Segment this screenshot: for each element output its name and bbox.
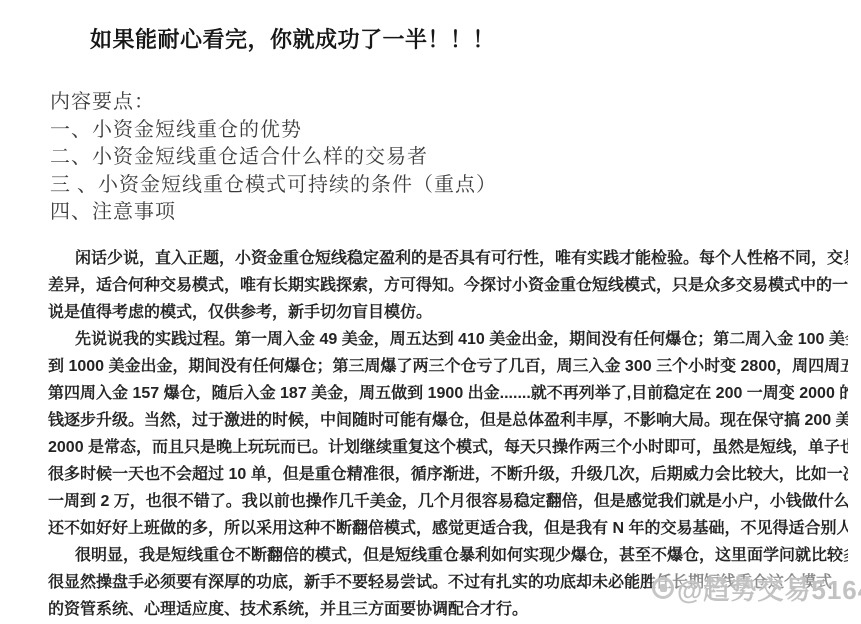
content-outline: 内容要点： 一、小资金短线重仓的优势 二、小资金短线重仓适合什么样的交易者 三 … xyxy=(50,89,497,227)
article-body: 闲话少说，直入正题，小资金重仓短线稳定盈利的是否具有可行性，唯有实践才能检验。每… xyxy=(48,245,848,623)
paragraph-line: 说是值得考虑的模式，仅供参考，新手切勿盲目模仿。 xyxy=(48,299,848,326)
outline-item-4: 四、注意事项 xyxy=(50,199,497,227)
paragraph-line: 还不如好好上班做的多，所以采用这种不断翻倍模式，感觉更适合我，但是我有 N 年的… xyxy=(48,515,848,542)
outline-item-1: 一、小资金短线重仓的优势 xyxy=(50,117,497,145)
paragraph-line: 闲话少说，直入正题，小资金重仓短线稳定盈利的是否具有可行性，唯有实践才能检验。每… xyxy=(48,245,848,272)
paragraph-line: 一周到 2 万，也很不错了。我以前也操作几千美金，几个月很容易稳定翻倍，但是感觉… xyxy=(48,488,848,515)
paragraph-line: 钱逐步升级。当然，过于激进的时候，中间随时可能有爆仓，但是总体盈利丰厚，不影响大… xyxy=(48,407,848,434)
document-page: 如果能耐心看完，你就成功了一半！！！ 内容要点： 一、小资金短线重仓的优势 二、… xyxy=(0,0,861,624)
outline-item-2: 二、小资金短线重仓适合什么样的交易者 xyxy=(50,144,497,172)
paragraph-line: 差异，适合何种交易模式，唯有长期实践探索，方可得知。今探讨小资金重仓短线模式，只… xyxy=(48,272,848,299)
watermark-text: @趋势交易5164 xyxy=(677,570,861,607)
outline-item-3: 三 、小资金短线重仓模式可持续的条件（重点） xyxy=(50,172,497,200)
watermark-logo-icon xyxy=(652,577,674,599)
paragraph-line: 2000 是常态，而且只是晚上玩玩而已。计划继续重复这个模式，每天只操作两三个小… xyxy=(48,434,848,461)
paragraph-line: 很多时候一天也不会超过 10 单，但是重仓精准很，循序渐进，不断升级，升级几次，… xyxy=(48,461,848,488)
paragraph-line: 第四周入金 157 爆仓，随后入金 187 美金，周五做到 1900 出金...… xyxy=(48,380,848,407)
outline-heading: 内容要点： xyxy=(50,89,497,117)
paragraph-line: 到 1000 美金出金，期间没有任何爆仓；第三周爆了两三个仓亏了几百，周三入金 … xyxy=(48,353,848,380)
watermark: @趋势交易5164 xyxy=(652,571,861,605)
paragraph-line: 先说说我的实践过程。第一周入金 49 美金，周五达到 410 美金出金，期间没有… xyxy=(48,326,848,353)
paragraph-line: 很明显，我是短线重仓不断翻倍的模式，但是短线重仓暴利如何实现少爆仓，甚至不爆仓，… xyxy=(48,542,848,569)
document-title: 如果能耐心看完，你就成功了一半！！！ xyxy=(90,27,495,53)
